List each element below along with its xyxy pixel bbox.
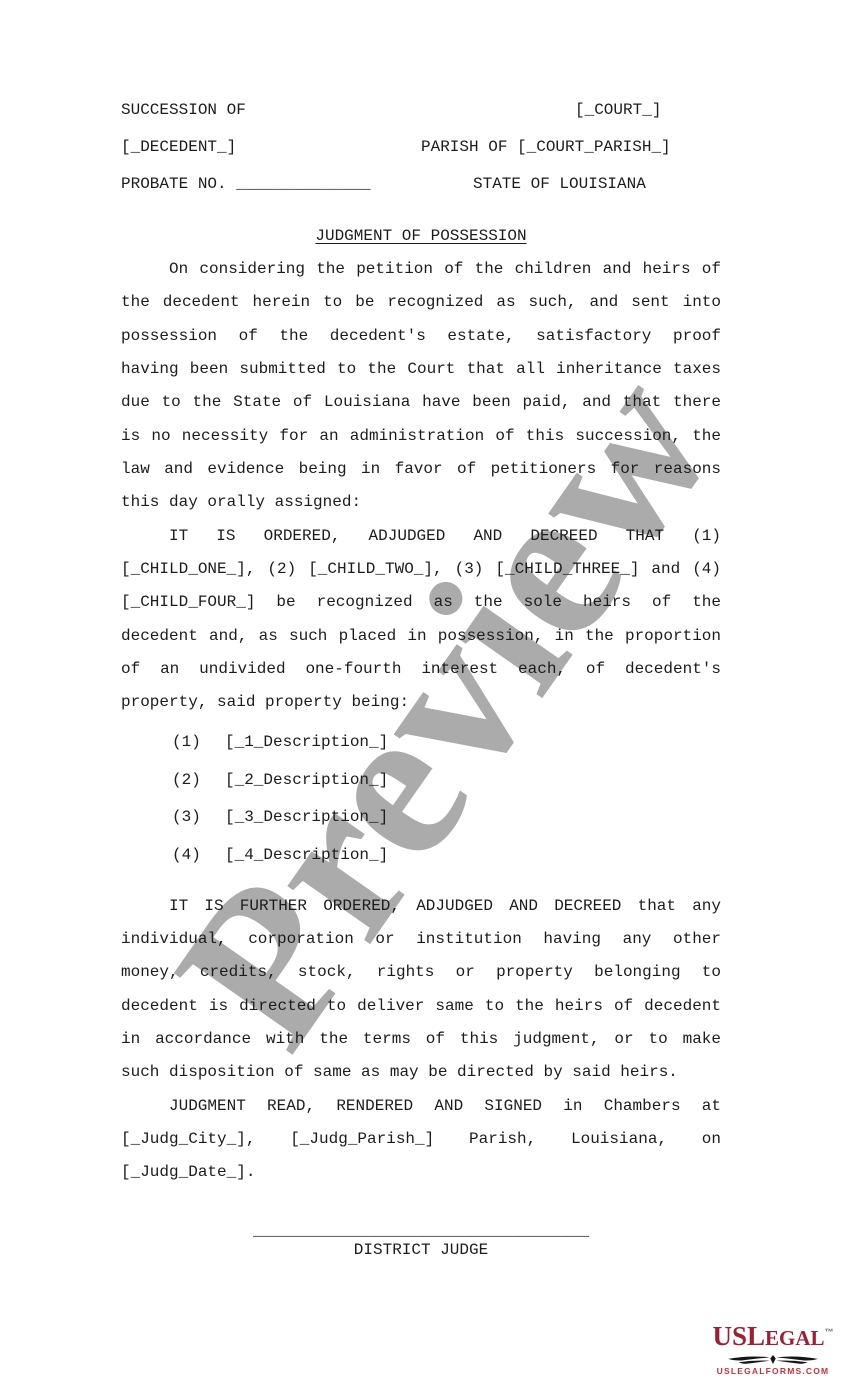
- probate-no-field: PROBATE NO. ______________: [121, 175, 371, 193]
- text-line: possession of the decedent's estate, sat…: [121, 320, 721, 353]
- document-title: JUDGMENT OF POSSESSION: [121, 220, 721, 253]
- decedent-placeholder: [_DECEDENT_]: [121, 138, 236, 156]
- text-line: [_Judg_Date_].: [121, 1156, 721, 1189]
- property-list-item: (3)[_3_Description_]: [121, 799, 721, 837]
- text-line: due to the State of Louisiana have been …: [121, 386, 721, 419]
- district-judge-label: DISTRICT JUDGE: [121, 1240, 721, 1260]
- logo-text-big: USL: [712, 1321, 765, 1351]
- description-placeholder: [_2_Description_]: [225, 771, 388, 789]
- eagle-wings-icon: [725, 1355, 821, 1366]
- description-placeholder: [_4_Description_]: [225, 846, 388, 864]
- caption-row: PROBATE NO. ______________ STATE OF LOUI…: [121, 166, 721, 203]
- text-line: money, credits, stock, rights or propert…: [121, 956, 721, 989]
- caption-row: [_DECEDENT_] PARISH OF [_COURT_PARISH_]: [121, 129, 721, 166]
- state-of-louisiana-label: STATE OF LOUISIANA: [473, 166, 646, 203]
- text-line: such disposition of same as may be direc…: [121, 1056, 721, 1089]
- paragraph-ordered: IT IS ORDERED, ADJUDGED AND DECREED THAT…: [121, 520, 721, 720]
- text-line: JUDGMENT READ, RENDERED AND SIGNED in Ch…: [121, 1090, 721, 1123]
- text-line: individual, corporation or institution h…: [121, 923, 721, 956]
- text-line: [_CHILD_FOUR_] be recognized as the sole…: [121, 586, 721, 619]
- document-page: Preview SUCCESSION OF [_COURT_] [_DECEDE…: [0, 0, 850, 1400]
- text-line: this day orally assigned:: [121, 486, 721, 519]
- paragraph-further-ordered: IT IS FURTHER ORDERED, ADJUDGED AND DECR…: [121, 890, 721, 1090]
- paragraph-considering: On considering the petition of the child…: [121, 253, 721, 520]
- text-line: is no necessity for an administration of…: [121, 420, 721, 453]
- property-list: (1)[_1_Description_] (2)[_2_Description_…: [121, 724, 721, 875]
- signature-line: ___________________________________: [121, 1222, 721, 1240]
- property-list-item: (4)[_4_Description_]: [121, 837, 721, 875]
- text-line: IT IS FURTHER ORDERED, ADJUDGED AND DECR…: [121, 890, 721, 923]
- text-line: decedent is directed to deliver same to …: [121, 990, 721, 1023]
- property-list-item: (2)[_2_Description_]: [121, 762, 721, 800]
- text-line: [_CHILD_ONE_], (2) [_CHILD_TWO_], (3) [_…: [121, 553, 721, 586]
- signature-block: ___________________________________ DIST…: [121, 1222, 721, 1260]
- text-line: having been submitted to the Court that …: [121, 353, 721, 386]
- text-line: decedent and, as such placed in possessi…: [121, 620, 721, 653]
- caption-header: SUCCESSION OF [_COURT_] [_DECEDENT_] PAR…: [121, 0, 721, 203]
- trademark-symbol: ™: [825, 1327, 834, 1337]
- uslegalforms-url: USLEGALFORMS.COM: [706, 1366, 840, 1376]
- property-list-item: (1)[_1_Description_]: [121, 724, 721, 762]
- logo-text-small: EGAL: [765, 1326, 825, 1350]
- text-line: property, said property being:: [121, 686, 721, 719]
- text-line: law and evidence being in favor of petit…: [121, 453, 721, 486]
- uslegal-wordmark: USLEGAL™: [706, 1318, 840, 1355]
- list-item-number: (2): [172, 762, 225, 800]
- text-line: in accordance with the terms of this jud…: [121, 1023, 721, 1056]
- caption-row: SUCCESSION OF [_COURT_]: [121, 92, 721, 129]
- list-item-number: (3): [172, 799, 225, 837]
- description-placeholder: [_3_Description_]: [225, 808, 388, 826]
- parish-of-label: PARISH OF [_COURT_PARISH_]: [421, 129, 671, 166]
- text-line: of an undivided one-fourth interest each…: [121, 653, 721, 686]
- text-line: IT IS ORDERED, ADJUDGED AND DECREED THAT…: [121, 520, 721, 553]
- text-line: [_Judg_City_], [_Judg_Parish_] Parish, L…: [121, 1123, 721, 1156]
- description-placeholder: [_1_Description_]: [225, 733, 388, 751]
- list-item-number: (4): [172, 837, 225, 875]
- paragraph-judgment-read: JUDGMENT READ, RENDERED AND SIGNED in Ch…: [121, 1090, 721, 1190]
- succession-of-label: SUCCESSION OF: [121, 101, 246, 119]
- uslegal-logo: USLEGAL™ USLEGALFORMS.COM: [706, 1318, 840, 1376]
- text-line: the decedent herein to be recognized as …: [121, 286, 721, 319]
- document-content: SUCCESSION OF [_COURT_] [_DECEDENT_] PAR…: [121, 0, 721, 1260]
- court-placeholder: [_COURT_]: [575, 92, 661, 129]
- list-item-number: (1): [172, 724, 225, 762]
- text-line: On considering the petition of the child…: [121, 253, 721, 286]
